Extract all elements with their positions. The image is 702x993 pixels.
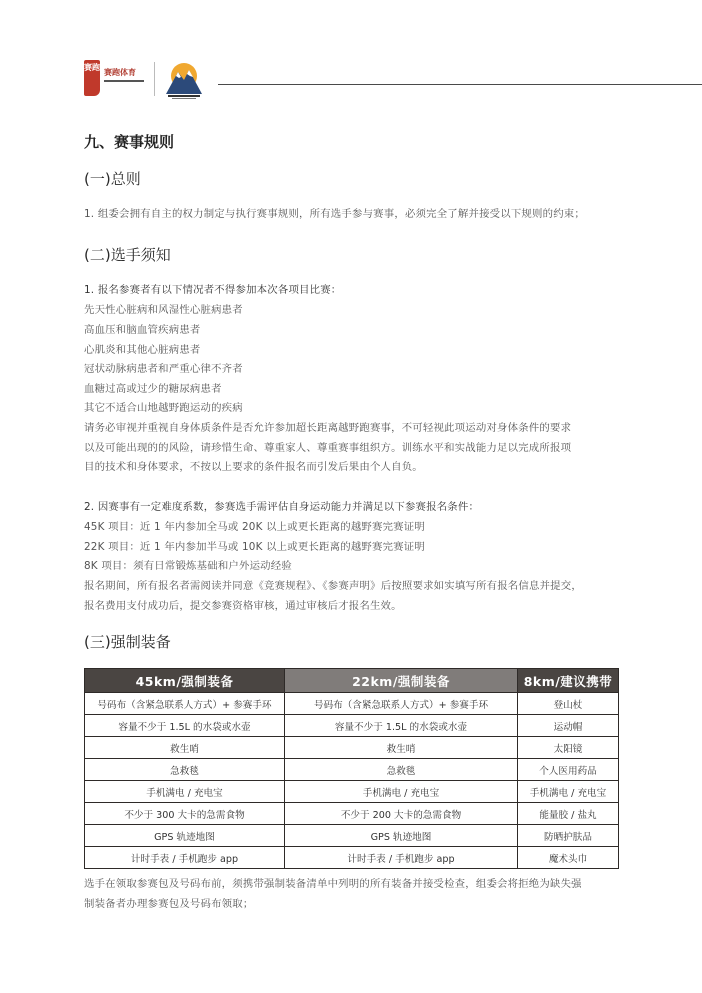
registration-line: 报名费用支付成功后，提交参赛资格审核，通过审核后才报名生效。 xyxy=(84,597,402,612)
table-row: 号码布（含紧急联系人方式）+ 参赛手环号码布（含紧急联系人方式）+ 参赛手环登山… xyxy=(85,693,619,715)
section-title: 九、赛事规则 xyxy=(84,131,174,152)
requirement-item: 45K 项目：近 1 年内参加全马或 20K 以上或更长距离的越野赛完赛证明 xyxy=(84,518,425,533)
table-row: 计时手表 / 手机跑步 app计时手表 / 手机跑步 app魔术头巾 xyxy=(85,847,619,869)
table-row: 容量不少于 1.5L 的水袋或水壶容量不少于 1.5L 的水袋或水壶运动帽 xyxy=(85,715,619,737)
brand-name: 赛跑体育 xyxy=(104,67,136,78)
table-cell: 太阳镜 xyxy=(518,737,619,759)
notice-title: (二)选手须知 xyxy=(84,244,171,265)
logo-divider xyxy=(154,62,155,96)
brand-subtitle-line xyxy=(104,80,144,82)
notice-item2-title: 2. 因赛事有一定难度系数，参赛选手需评估自身运动能力并满足以下参赛报名条件： xyxy=(84,498,479,513)
table-cell: 手机满电 / 充电宝 xyxy=(518,781,619,803)
table-cell: 手机满电 / 充电宝 xyxy=(85,781,285,803)
table-row: 救生哨救生哨太阳镜 xyxy=(85,737,619,759)
table-cell: 救生哨 xyxy=(85,737,285,759)
condition-item: 血糖过高或过少的糖尿病患者 xyxy=(84,380,222,395)
condition-item: 其它不适合山地越野跑运动的疾病 xyxy=(84,399,243,414)
equipment-title: (三)强制装备 xyxy=(84,631,171,652)
table-row: 手机满电 / 充电宝手机满电 / 充电宝手机满电 / 充电宝 xyxy=(85,781,619,803)
table-cell: 计时手表 / 手机跑步 app xyxy=(85,847,285,869)
general-title: (一)总则 xyxy=(84,168,141,189)
condition-item: 高血压和脑血管疾病患者 xyxy=(84,321,201,336)
table-cell: 个人医用药品 xyxy=(518,759,619,781)
equipment-table: 45km/强制装备 22km/强制装备 8km/建议携带 号码布（含紧急联系人方… xyxy=(84,668,619,869)
table-row: 不少于 300 大卡的急需食物不少于 200 大卡的急需食物能量胶 / 盐丸 xyxy=(85,803,619,825)
notice-item1-title: 1. 报名参赛者有以下情况者不得参加本次各项目比赛： xyxy=(84,281,341,296)
seal-text: 赛跑 xyxy=(84,60,100,75)
table-cell: 容量不少于 1.5L 的水袋或水壶 xyxy=(85,715,285,737)
table-cell: 不少于 200 大卡的急需食物 xyxy=(285,803,518,825)
table-cell: 号码布（含紧急联系人方式）+ 参赛手环 xyxy=(85,693,285,715)
table-header-row: 45km/强制装备 22km/强制装备 8km/建议携带 xyxy=(85,669,619,693)
column-header-8km: 8km/建议携带 xyxy=(518,669,619,693)
table-cell: 魔术头巾 xyxy=(518,847,619,869)
requirement-item: 22K 项目：近 1 年内参加半马或 10K 以上或更长距离的越野赛完赛证明 xyxy=(84,538,425,553)
table-cell: 号码布（含紧急联系人方式）+ 参赛手环 xyxy=(285,693,518,715)
table-cell: 急救毯 xyxy=(285,759,518,781)
table-row: 急救毯急救毯个人医用药品 xyxy=(85,759,619,781)
requirement-item: 8K 项目：须有日常锻炼基础和户外运动经验 xyxy=(84,557,292,572)
condition-item: 心肌炎和其他心脏病患者 xyxy=(84,341,201,356)
table-cell: 能量胶 / 盐丸 xyxy=(518,803,619,825)
column-header-45km: 45km/强制装备 xyxy=(85,669,285,693)
brand-logo-left: 赛跑 赛跑体育 xyxy=(84,60,146,100)
header-rule xyxy=(218,84,702,85)
table-cell: 容量不少于 1.5L 的水袋或水壶 xyxy=(285,715,518,737)
notice-paragraph-line: 以及可能出现的的风险，请珍惜生命、尊重家人、尊重赛事组织方。训练水平和实战能力足… xyxy=(84,439,571,454)
general-item: 1. 组委会拥有自主的权力制定与执行赛事规则，所有选手参与赛事，必须完全了解并接… xyxy=(84,205,585,220)
table-cell: 防晒护肤品 xyxy=(518,825,619,847)
table-cell: 运动帽 xyxy=(518,715,619,737)
page-header: 赛跑 赛跑体育 xyxy=(84,58,624,102)
table-cell: 手机满电 / 充电宝 xyxy=(285,781,518,803)
mountain-logo-icon xyxy=(162,58,206,102)
table-cell: 急救毯 xyxy=(85,759,285,781)
condition-item: 冠状动脉病患者和严重心律不齐者 xyxy=(84,360,243,375)
notice-paragraph-line: 目的技术和身体要求，不按以上要求的条件报名而引发后果由个人自负。 xyxy=(84,458,423,473)
table-cell: GPS 轨迹地图 xyxy=(85,825,285,847)
equipment-footer-line: 选手在领取参赛包及号码布前，须携带强制装备清单中列明的所有装备并接受检查，组委会… xyxy=(84,875,582,890)
column-header-22km: 22km/强制装备 xyxy=(285,669,518,693)
equipment-footer-line: 制装备者办理参赛包及号码布领取； xyxy=(84,895,253,910)
condition-item: 先天性心脏病和风湿性心脏病患者 xyxy=(84,301,243,316)
table-cell: GPS 轨迹地图 xyxy=(285,825,518,847)
registration-line: 报名期间，所有报名者需阅读并同意《竞赛规程》、《参赛声明》后按照要求如实填写所有… xyxy=(84,577,582,592)
notice-paragraph-line: 请务必审视并重视自身体质条件是否允许参加超长距离越野跑赛事，不可轻视此项运动对身… xyxy=(84,419,571,434)
table-cell: 计时手表 / 手机跑步 app xyxy=(285,847,518,869)
table-cell: 不少于 300 大卡的急需食物 xyxy=(85,803,285,825)
table-row: GPS 轨迹地图GPS 轨迹地图防晒护肤品 xyxy=(85,825,619,847)
table-cell: 救生哨 xyxy=(285,737,518,759)
seal-icon: 赛跑 xyxy=(84,60,100,96)
table-cell: 登山杖 xyxy=(518,693,619,715)
